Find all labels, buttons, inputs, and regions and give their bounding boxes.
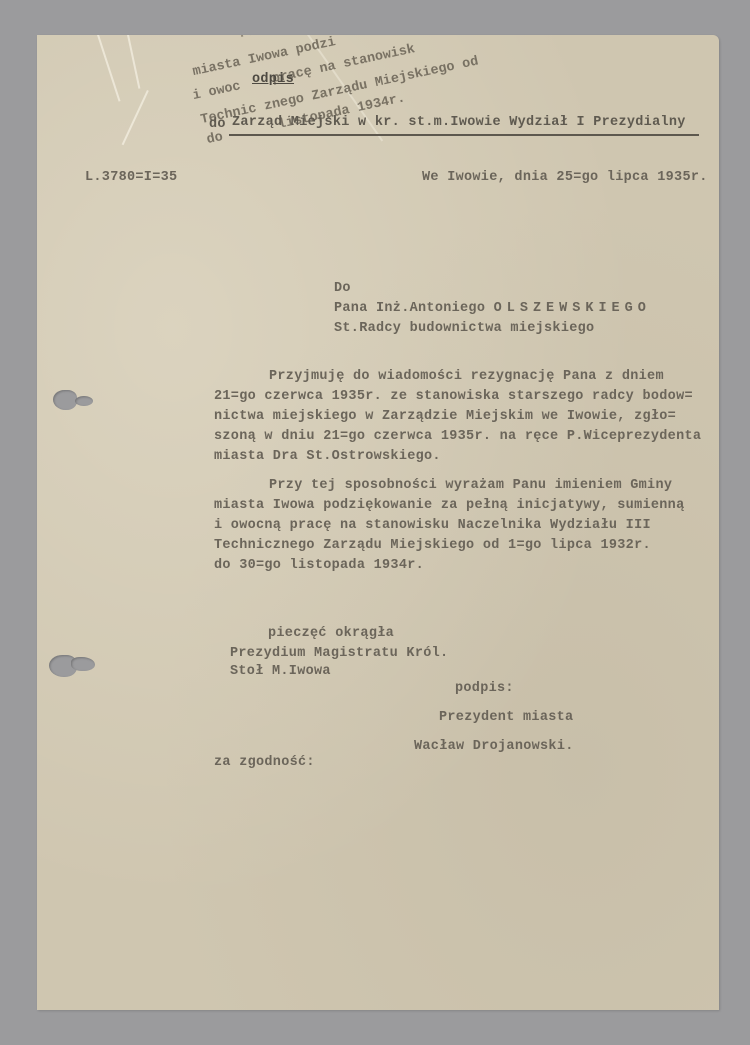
signature-label: podpis: [455, 679, 514, 698]
signature-title: Prezydent miasta [439, 708, 573, 727]
seal-label: pieczęć okrągła [268, 624, 394, 643]
header-underline [229, 134, 699, 136]
body-line: Przy tej sposobności wyrażam Panu imieni… [269, 476, 672, 495]
punch-hole [53, 390, 77, 410]
addressee-title: St.Radcy budownictwa miejskiego [334, 319, 594, 338]
body-line: Technicznego Zarządu Miejskiego od 1=go … [214, 536, 651, 555]
paper-crease [127, 35, 140, 89]
issuer-header: Zarząd Miejski w kr. st.m.Iwowie Wydział… [232, 113, 686, 132]
paper-crease [97, 35, 121, 102]
seal-line-1: Prezydium Magistratu Król. [230, 644, 448, 663]
certification-label: za zgodność: [214, 753, 315, 772]
addressee-name: Pana Inż.Antoniego OLSZEWSKIEGO [334, 299, 651, 318]
place-date: We Iwowie, dnia 25=go lipca 1935r. [422, 168, 708, 187]
odpis-stamp: odpis [252, 70, 294, 89]
addressee-to: Do [334, 279, 351, 298]
body-line: i owocną pracę na stanowisku Naczelnika … [214, 516, 651, 535]
body-line: do 30=go listopada 1934r. [214, 556, 424, 575]
punch-hole [75, 396, 93, 406]
bleed-through-line: Przy [238, 35, 274, 44]
signature-name: Wacław Drojanowski. [414, 737, 574, 756]
paper-crease [122, 90, 149, 145]
addressee-surname: OLSZEWSKIEGO [494, 301, 651, 316]
reference-number: L.3780=I=35 [85, 168, 177, 187]
body-line: 21=go czerwca 1935r. ze stanowiska stars… [214, 387, 693, 406]
punch-hole [71, 657, 95, 671]
body-line: szoną w dniu 21=go czerwca 1935r. na ręc… [214, 427, 701, 446]
body-line: miasta Dra St.Ostrowskiego. [214, 447, 441, 466]
seal-line-2: Stoł M.Iwowa [230, 662, 331, 681]
issuer-prefix: do [209, 115, 226, 134]
body-line: miasta Iwowa podziękowanie za pełną inic… [214, 496, 684, 515]
document-page: Przy miasta Iwowa podzi i owoc pracę na … [37, 35, 719, 1010]
addressee-name-prefix: Pana Inż.Antoniego [334, 301, 485, 316]
body-line: nictwa miejskiego w Zarządzie Miejskim w… [214, 407, 676, 426]
body-line: Przyjmuję do wiadomości rezygnację Pana … [269, 367, 664, 386]
